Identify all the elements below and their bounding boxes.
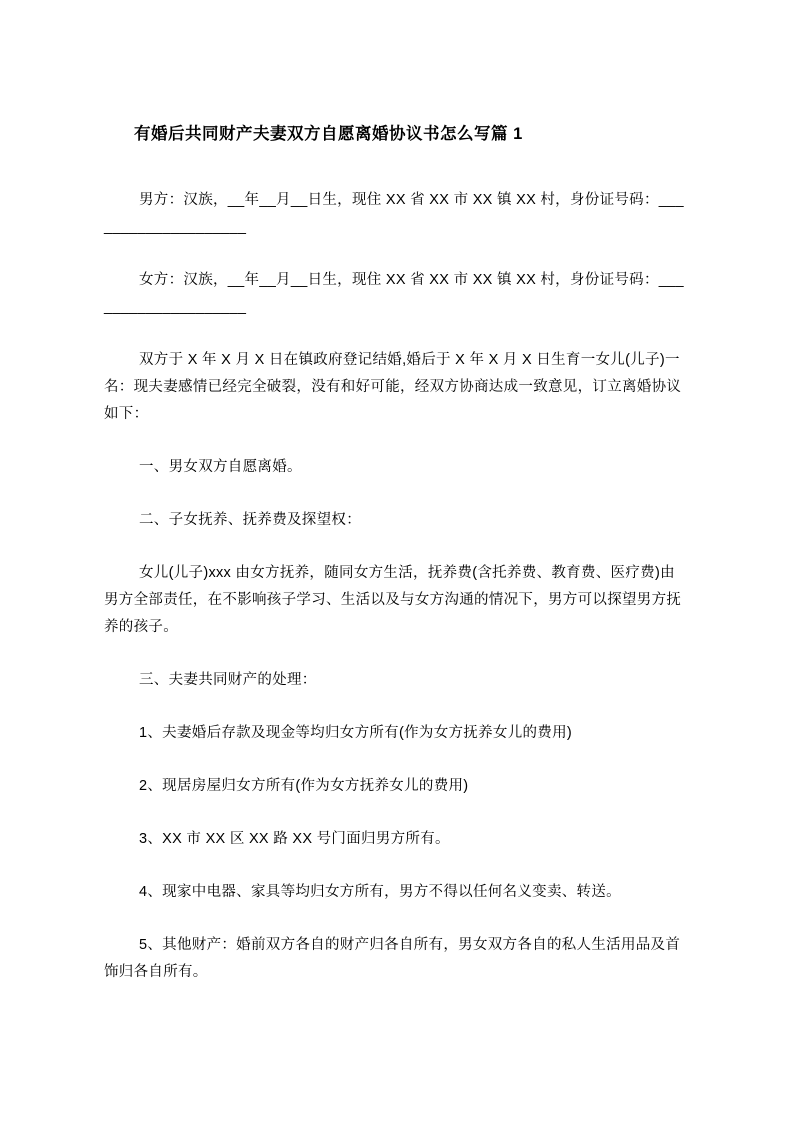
paragraph-clause-two-heading: 二、子女抚养、抚养费及探望权： (104, 507, 689, 534)
paragraph-clause-one: 一、男女双方自愿离婚。 (104, 454, 689, 481)
paragraph-female-party-info: 女方：汉族，__年__月__日生，现住 XX 省 XX 市 XX 镇 XX 村，… (104, 267, 689, 321)
paragraph-marriage-background: 双方于 X 年 X 月 X 日在镇政府登记结婚,婚后于 X 年 X 月 X 日生… (104, 347, 689, 428)
paragraph-property-item-5: 5、其他财产：婚前双方各自的财产归各自所有，男女双方各自的私人生活用品及首饰归各… (104, 932, 689, 986)
paragraph-property-item-4: 4、现家中电器、家具等均归女方所有，男方不得以任何名义变卖、转送。 (104, 879, 689, 906)
paragraph-property-item-1: 1、夫妻婚后存款及现金等均归女方所有(作为女方抚养女儿的费用) (104, 720, 689, 747)
paragraph-property-item-2: 2、现居房屋归女方所有(作为女方抚养女儿的费用) (104, 773, 689, 800)
document-page: 有婚后共同财产夫妻双方自愿离婚协议书怎么写篇 1 男方：汉族，__年__月__日… (0, 0, 793, 1122)
document-title: 有婚后共同财产夫妻双方自愿离婚协议书怎么写篇 1 (104, 121, 689, 147)
paragraph-male-party-info: 男方：汉族，__年__月__日生，现住 XX 省 XX 市 XX 镇 XX 村，… (104, 187, 689, 241)
paragraph-property-item-3: 3、XX 市 XX 区 XX 路 XX 号门面归男方所有。 (104, 826, 689, 853)
paragraph-custody-details: 女儿(儿子)xxx 由女方抚养，随同女方生活，抚养费(含托养费、教育费、医疗费)… (104, 560, 689, 641)
paragraph-clause-three-heading: 三、夫妻共同财产的处理： (104, 667, 689, 694)
